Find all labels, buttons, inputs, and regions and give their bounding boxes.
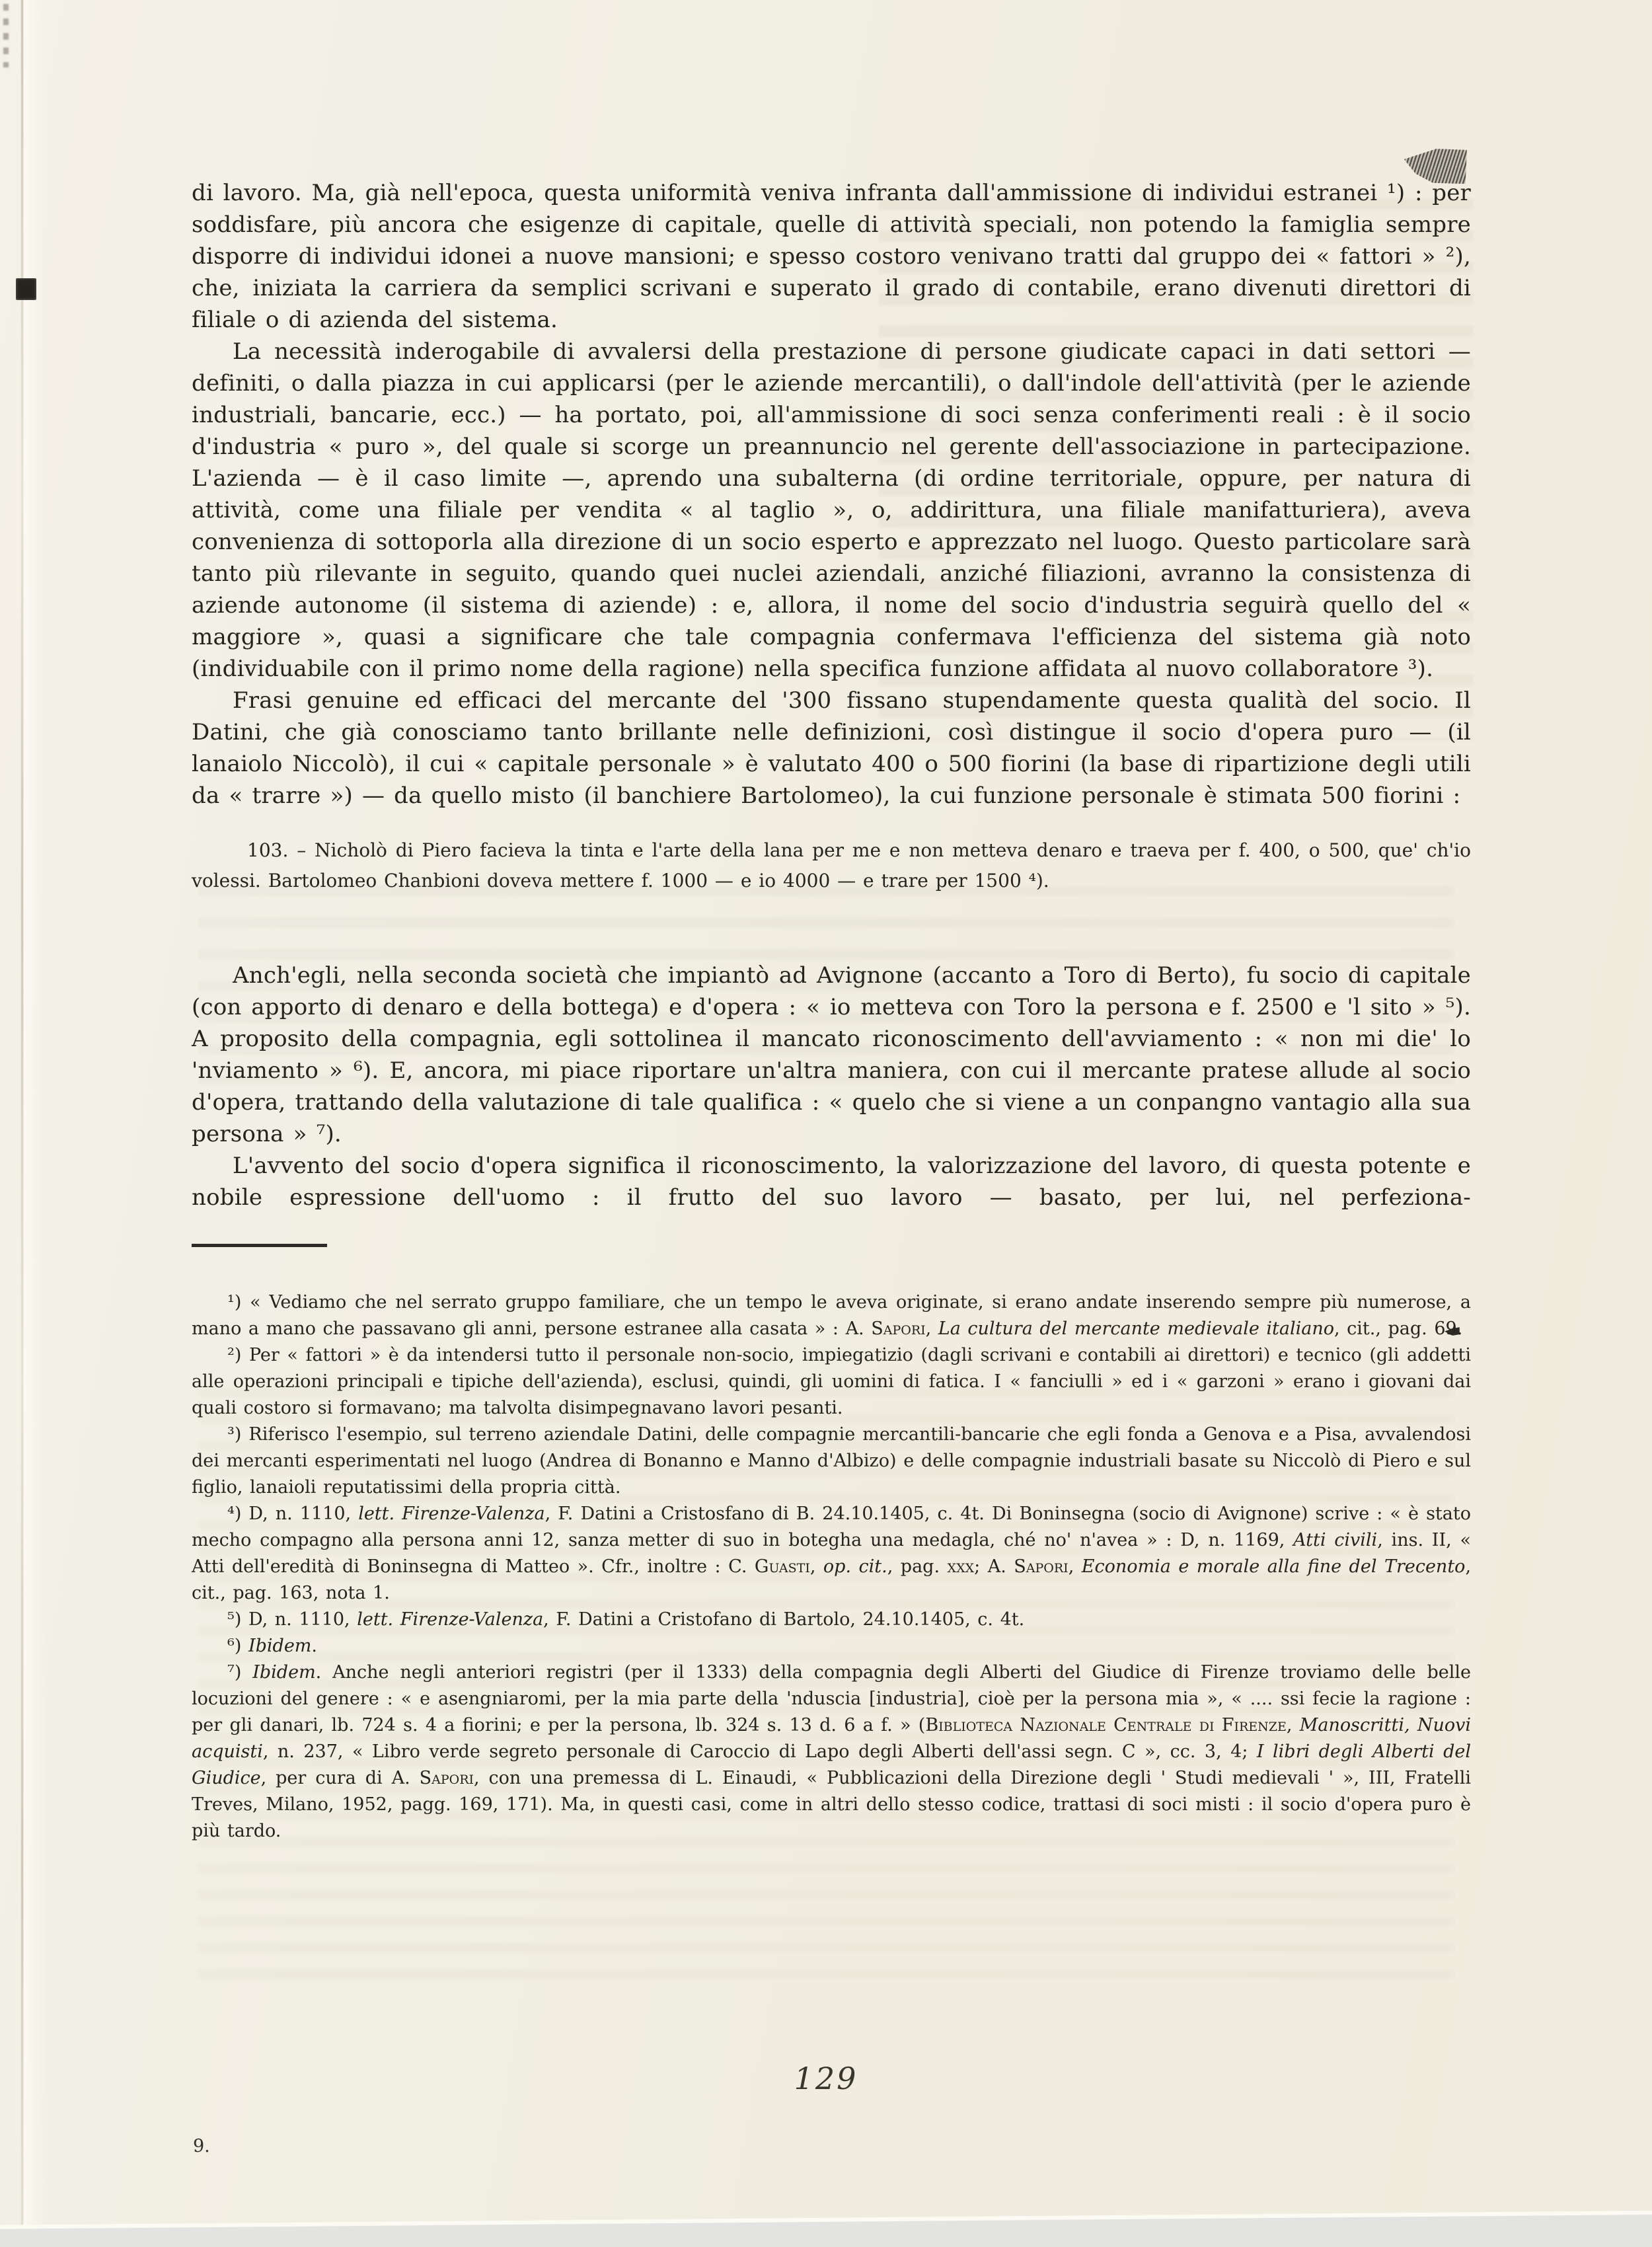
quote-paragraph: 103. – Nicholò di Piero facieva la tinta… (192, 835, 1471, 896)
footnote-text: , (1069, 1556, 1082, 1577)
body-paragraph: Anch'egli, nella seconda società che imp… (192, 960, 1471, 1150)
footnote-text: , (1287, 1715, 1300, 1735)
text-block: di lavoro. Ma, già nell'epoca, questa un… (192, 177, 1471, 1845)
footnote-text: Biblioteca Nazionale Centrale di Firenze (925, 1715, 1287, 1735)
footnote-text: lett. Firenze-Valenza (357, 1609, 543, 1630)
footnote-text: ; A. (974, 1556, 1014, 1577)
footnote: ⁴) D, n. 1110, lett. Firenze-Valenza, F.… (192, 1501, 1471, 1607)
binding-crease (21, 0, 23, 2226)
footnote-text: , F. Datini a Cristofano di Bartolo, 24.… (543, 1609, 1024, 1630)
footnote-text: Guasti (755, 1556, 810, 1577)
footnote: ⁵) D, n. 1110, lett. Firenze-Valenza, F.… (192, 1607, 1471, 1633)
footnote-text: Sapori (420, 1768, 474, 1788)
footnote-text: , (926, 1318, 938, 1339)
footnote-text: op. cit. (823, 1556, 887, 1577)
footnote-text: lett. Firenze-Valenza (358, 1504, 544, 1524)
footnote-text: ⁴) D, n. 1110, (227, 1504, 358, 1524)
footnote-text: . (311, 1636, 317, 1656)
footnote-text: ⁷) (227, 1662, 252, 1683)
footnote-text: , cit., pag. 69. (1334, 1318, 1462, 1339)
scanned-page: di lavoro. Ma, già nell'epoca, questa un… (0, 0, 1652, 2247)
body-paragraph: di lavoro. Ma, già nell'epoca, questa un… (192, 177, 1471, 336)
footnote: ⁶) Ibidem. (192, 1633, 1471, 1659)
signature-mark: 9. (193, 2136, 210, 2156)
footnote-text: ²) Per « fattori » è da intendersi tutto… (192, 1345, 1471, 1418)
footnote-text: ⁶) (227, 1636, 248, 1656)
footnote-text: Sapori (871, 1318, 925, 1339)
scan-edge-marks (3, 4, 9, 67)
footnote: ¹) « Vediamo che nel serrato gruppo fami… (192, 1289, 1471, 1342)
footnote-text: , pag. (887, 1556, 948, 1577)
body-paragraphs: di lavoro. Ma, già nell'epoca, questa un… (192, 177, 1471, 1213)
footnote-separator (192, 1244, 327, 1247)
footnote-text: ⁵) D, n. 1110, (227, 1609, 357, 1630)
footnote-text: La cultura del mercante medievale italia… (938, 1318, 1334, 1339)
footnote-text: Atti civili (1293, 1530, 1377, 1550)
page-number: 129 (0, 2061, 1652, 2096)
footnote-text: , per cura di A. (261, 1768, 420, 1788)
footnote-text: xxx (948, 1556, 975, 1577)
body-paragraph: L'avvento del socio d'opera significa il… (192, 1150, 1471, 1213)
footnote-text: Ibidem (248, 1636, 311, 1656)
body-paragraph: La necessità inderogabile di avvalersi d… (192, 336, 1471, 685)
footnote: ²) Per « fattori » è da intendersi tutto… (192, 1342, 1471, 1422)
body-paragraph: Frasi genuine ed efficaci del mercante d… (192, 685, 1471, 812)
footnotes: ¹) « Vediamo che nel serrato gruppo fami… (192, 1289, 1471, 1845)
binding-ink-mark (16, 278, 36, 300)
footnote-text: Ibidem (252, 1662, 315, 1683)
footnote-text: , (810, 1556, 823, 1577)
footnote: ³) Riferisco l'esempio, sul terreno azie… (192, 1422, 1471, 1501)
footnote: ⁷) Ibidem. Anche negli anteriori registr… (192, 1659, 1471, 1845)
footnote-text: ³) Riferisco l'esempio, sul terreno azie… (192, 1424, 1471, 1498)
footnote-text: , n. 237, « Libro verde segreto personal… (263, 1741, 1257, 1762)
footnote-text: Sapori (1014, 1556, 1068, 1577)
footnote-text: Economia e morale alla fine del Trecento (1082, 1556, 1466, 1577)
binding-crease-highlight (24, 0, 46, 2226)
